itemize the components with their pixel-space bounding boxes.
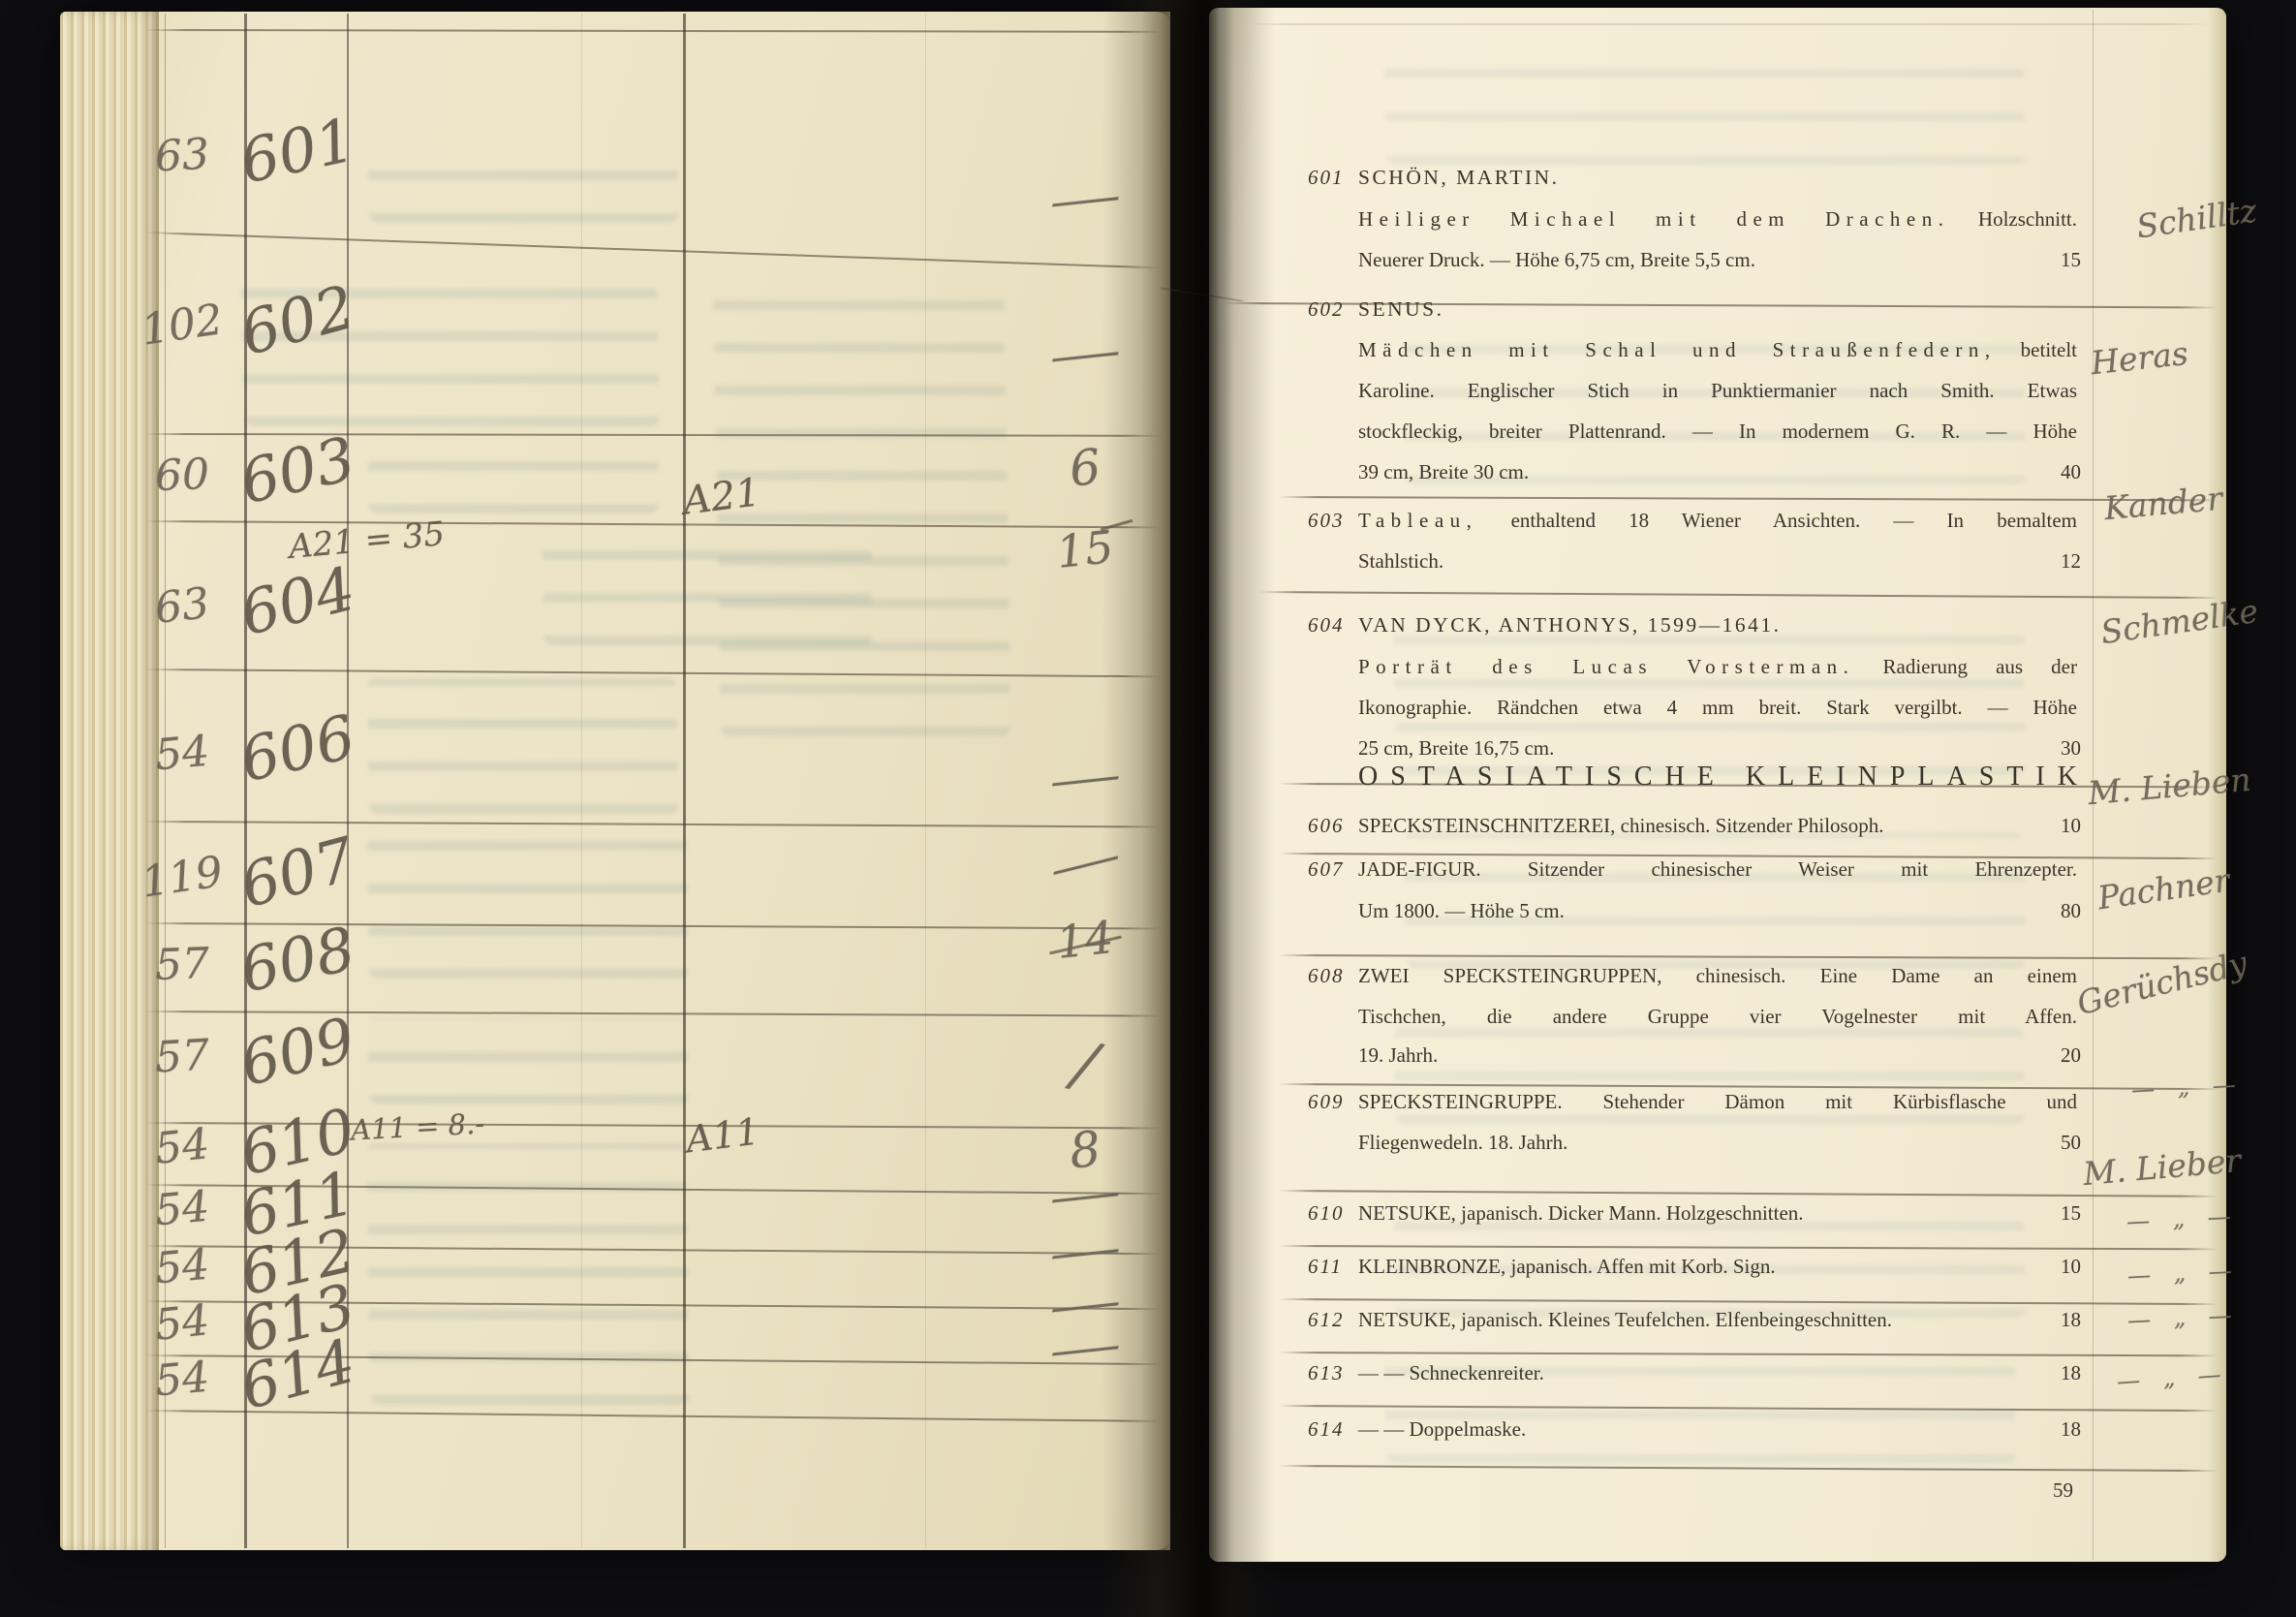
entry-text-line: KLEINBRONZE, japanisch. Affen mit Korb. … <box>1358 1255 2077 1288</box>
lot-number: 601 <box>1308 166 1345 190</box>
entry-text-line: 19. Jahrh. <box>1358 1043 2077 1076</box>
entry-text-line: stockfleckig, breiter Plattenrand. — In … <box>1358 420 2077 452</box>
ledger-column-line <box>683 14 686 1548</box>
price-estimate: 40 <box>1974 460 2081 484</box>
entry-text-line: Tischchen, die andere Gruppe vier Vogeln… <box>1358 1005 2077 1038</box>
artist-name: VAN DYCK, ANTHONYS, 1599—1641. <box>1358 613 2077 646</box>
top-edge-line <box>1250 23 2209 25</box>
lot-number: 610 <box>1308 1201 1345 1226</box>
price-estimate: 15 <box>1974 248 2081 272</box>
entry-text-line: JADE-FIGUR. Sitzender chinesischer Weise… <box>1358 857 2077 890</box>
emphasized-title: Tableau, <box>1358 509 1477 532</box>
entry-text-line: Karoline. Englischer Stich in Punktierma… <box>1358 379 2077 412</box>
consignor-number: 57 <box>113 938 251 992</box>
entry-text-line: Fliegenwedeln. 18. Jahrh. <box>1358 1131 2077 1164</box>
emphasized-title: Porträt des Lucas Vorsterman. <box>1358 655 1854 678</box>
entry-text-line: Ikonographie. Rändchen etwa 4 mm breit. … <box>1358 696 2077 729</box>
price-estimate: 18 <box>1974 1417 2081 1442</box>
entry-text-line: — — Schneckenreiter. <box>1358 1361 2077 1394</box>
lot-number: 609 <box>1308 1090 1345 1114</box>
lot-note-code: A21 <box>680 470 762 523</box>
price-estimate: 30 <box>1974 736 2081 761</box>
entry-text-line: Stahlstich. <box>1358 549 2077 582</box>
price-estimate: 12 <box>1974 549 2081 574</box>
consignor-number: 63 <box>113 127 251 183</box>
lot-number: 603 <box>1308 509 1345 533</box>
page-number: 59 <box>1976 1478 2073 1503</box>
entry-text-line: Mädchen mit Schal und Straußenfedern, be… <box>1358 338 2077 371</box>
lot-number: 607 <box>1308 857 1345 882</box>
buyer-annotation: — „ — <box>2130 1071 2244 1104</box>
lot-number: 606 <box>1308 814 1345 838</box>
price-estimate: 18 <box>1974 1361 2081 1385</box>
consignor-number: 57 <box>113 1028 251 1084</box>
lot-note-code: A11 <box>684 1110 762 1162</box>
price-estimate: 80 <box>1974 899 2081 923</box>
lot-number: 608 <box>1308 964 1345 988</box>
auction-catalog-scan: 601SCHÖN, MARTIN.Heiliger Michael mit de… <box>0 0 2296 1617</box>
entry-text-line: NETSUKE, japanisch. Kleines Teufelchen. … <box>1358 1308 2077 1341</box>
price-estimate: 18 <box>1974 1308 2081 1332</box>
lot-number: 612 <box>1308 1308 1345 1332</box>
lot-number: 602 <box>1308 297 1345 322</box>
lot-number: 614 <box>1308 1417 1345 1442</box>
entry-text-line: SPECKSTEINSCHNITZEREI, chinesisch. Sitze… <box>1358 814 2077 847</box>
entry-text-line: 39 cm, Breite 30 cm. <box>1358 460 2077 493</box>
price-estimate: 15 <box>1974 1201 2081 1226</box>
entry-text-line: Heiliger Michael mit dem Drachen. Holzsc… <box>1358 207 2077 240</box>
section-heading: OSTASIATISCHE KLEINPLASTIK <box>1358 762 2077 793</box>
price-estimate: 10 <box>1974 1255 2081 1279</box>
entry-text-line: Neuerer Druck. — Höhe 6,75 cm, Breite 5,… <box>1358 248 2077 281</box>
entry-text-line: NETSUKE, japanisch. Dicker Mann. Holzges… <box>1358 1201 2077 1234</box>
entry-text-line: Um 1800. — Höhe 5 cm. <box>1358 899 2077 932</box>
price-estimate: 10 <box>1974 814 2081 838</box>
artist-name: SENUS. <box>1358 297 2077 330</box>
consignor-number: 60 <box>113 449 251 503</box>
lot-number: 611 <box>1308 1255 1343 1279</box>
ledger-column-line <box>925 14 926 1548</box>
entry-text-line: Porträt des Lucas Vorsterman. Radierung … <box>1358 655 2077 688</box>
emphasized-title: Mädchen mit Schal und Straußenfedern, <box>1358 338 1997 361</box>
lot-number: 613 <box>1308 1361 1345 1385</box>
ledger-column-line <box>581 14 582 1548</box>
artist-name: SCHÖN, MARTIN. <box>1358 166 2077 199</box>
lot-number: 604 <box>1308 613 1345 637</box>
entry-text-line: ZWEI SPECKSTEINGRUPPEN, chinesisch. Eine… <box>1358 964 2077 997</box>
entry-text-line: SPECKSTEINGRUPPE. Stehender Dämon mit Kü… <box>1358 1090 2077 1123</box>
entry-text-line: Tableau, enthaltend 18 Wiener Ansichten.… <box>1358 509 2077 542</box>
price-estimate: 20 <box>1974 1043 2081 1068</box>
entry-text-line: — — Doppelmaske. <box>1358 1417 2077 1450</box>
lot-note: A11 = 8.- <box>350 1106 485 1146</box>
emphasized-title: Heiliger Michael mit dem Drachen. <box>1358 207 1949 231</box>
price-estimate: 50 <box>1974 1131 2081 1155</box>
